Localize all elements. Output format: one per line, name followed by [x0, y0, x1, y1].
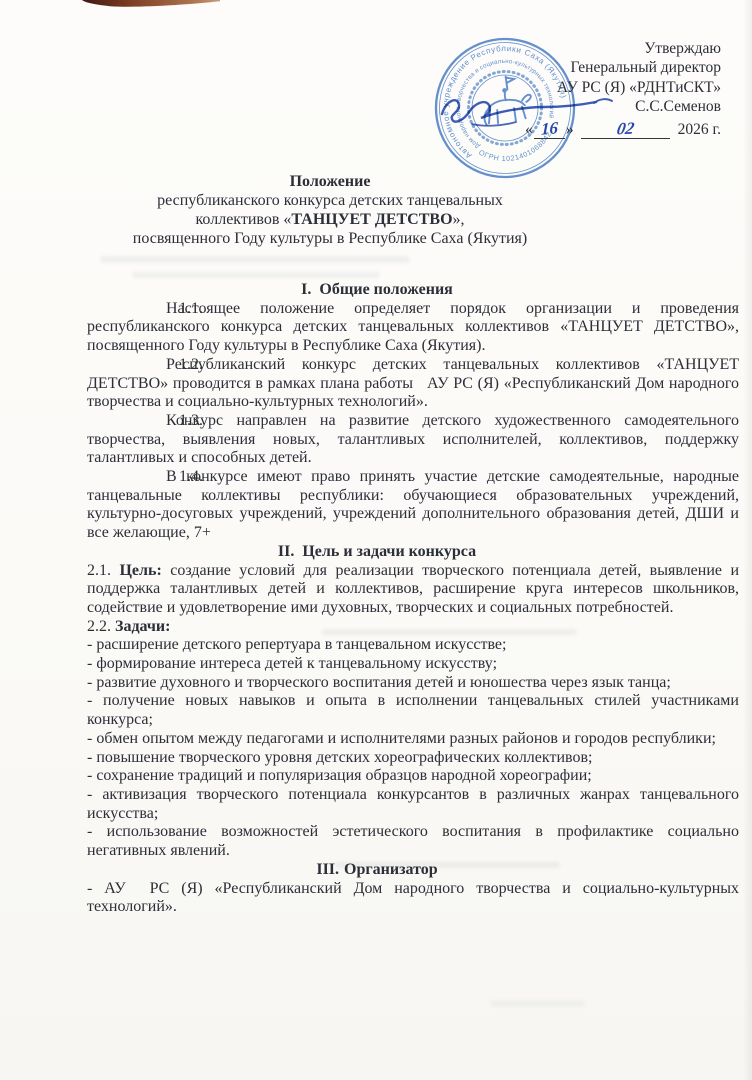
section-3-number: III. [316, 861, 339, 878]
bleed-through-artifact [490, 1000, 585, 1007]
handwritten-month: 02 [615, 122, 634, 137]
paragraph-number: 1.3. [133, 412, 166, 431]
task-item: - сохранение традиций и популяризация об… [87, 767, 739, 786]
title-line-1: Положение [87, 172, 573, 191]
paragraph-number: 1.2. [133, 356, 166, 375]
tasks-label: Задачи: [115, 618, 170, 635]
task-item: - использование возможностей эстетическо… [87, 823, 739, 860]
task-item: - повышение творческого уровня детских х… [87, 749, 739, 768]
scan-artifact-top [82, 0, 222, 9]
paragraph-1-4: 1.4.В конкурсе имеют право принять участ… [87, 468, 739, 543]
director-signature [428, 80, 618, 140]
competition-name: ТАНЦУЕТ ДЕТСТВО [291, 211, 452, 228]
section-1-heading: I.Общие положения [87, 281, 739, 300]
signature-main-stroke [442, 100, 596, 121]
document-title: Положение республиканского конкурса детс… [87, 172, 573, 248]
paragraph-number: 1.1. [133, 300, 166, 319]
task-item: - получение новых навыков и опыта в испо… [87, 692, 739, 729]
bleed-through-artifact [132, 272, 380, 278]
title-line-2: республиканского конкурса детских танцев… [87, 191, 573, 210]
section-3-title: Организатор [344, 861, 438, 878]
paragraph-number: 1.4. [133, 468, 166, 487]
task-item: - развитие духовного и творческого воспи… [87, 674, 739, 693]
approval-approve-label: Утверждаю [525, 39, 721, 58]
paragraph-2-1: 2.1. Цель: создание условий для реализац… [87, 562, 739, 618]
approval-position: Генеральный директор [525, 58, 721, 77]
title-line-3: коллективов «ТАНЦУЕТ ДЕТСТВО», [87, 210, 573, 229]
goal-text: создание условий для реализации творческ… [87, 562, 739, 616]
date-year: 2026 г. [678, 120, 721, 139]
section-1-number: I. [301, 281, 311, 298]
task-item: - активизация творческого потенциала кон… [87, 786, 739, 823]
scan-artifact-shape [82, 0, 220, 7]
paragraph-1-3: 1.3.Конкурс направлен на развитие детско… [87, 412, 739, 468]
paragraph-2-2: 2.2. Задачи: [87, 618, 739, 637]
goal-label: Цель: [119, 562, 161, 579]
paragraph-1-1: 1.1.Настоящее положение определяет поряд… [87, 300, 739, 356]
organizer-text: - АУ РС (Я) «Республиканский Дом народно… [87, 880, 739, 917]
paragraph-text: Республиканский конкурс детских танцевал… [87, 356, 739, 410]
task-item: - обмен опытом между педагогами и исполн… [87, 730, 739, 749]
goal-number: 2.1. [87, 562, 111, 579]
section-2-number: II. [278, 543, 294, 560]
paragraph-text: Настоящее положение определяет порядок о… [87, 300, 739, 354]
task-item: - формирование интереса детей к танцевал… [87, 655, 739, 674]
section-2-heading: II.Цель и задачи конкурса [87, 543, 739, 562]
tasks-number: 2.2. [87, 618, 111, 635]
page-edge-shade [743, 0, 752, 1080]
paragraph-1-2: 1.2.Республиканский конкурс детских танц… [87, 356, 739, 412]
section-3-heading: III.Организатор [87, 861, 739, 880]
document-page: Автономное учреждение Республики Саха (Я… [0, 0, 752, 1080]
signature-flourish [472, 122, 516, 126]
paragraph-text: Конкурс направлен на развитие детского х… [87, 412, 739, 466]
bleed-through-artifact [100, 256, 410, 263]
title-line-4: посвященного Году культуры в Республике … [87, 229, 573, 248]
paragraph-text: В конкурсе имеют право принять участие д… [87, 468, 739, 541]
task-item: - расширение детского репертуара в танце… [87, 636, 739, 655]
title-line-3-pre: коллективов « [195, 211, 291, 228]
title-line-3-post: », [453, 211, 465, 228]
document-body: I.Общие положения 1.1.Настоящее положени… [87, 281, 739, 917]
section-2-title: Цель и задачи конкурса [302, 543, 476, 560]
section-1-title: Общие положения [319, 281, 452, 298]
